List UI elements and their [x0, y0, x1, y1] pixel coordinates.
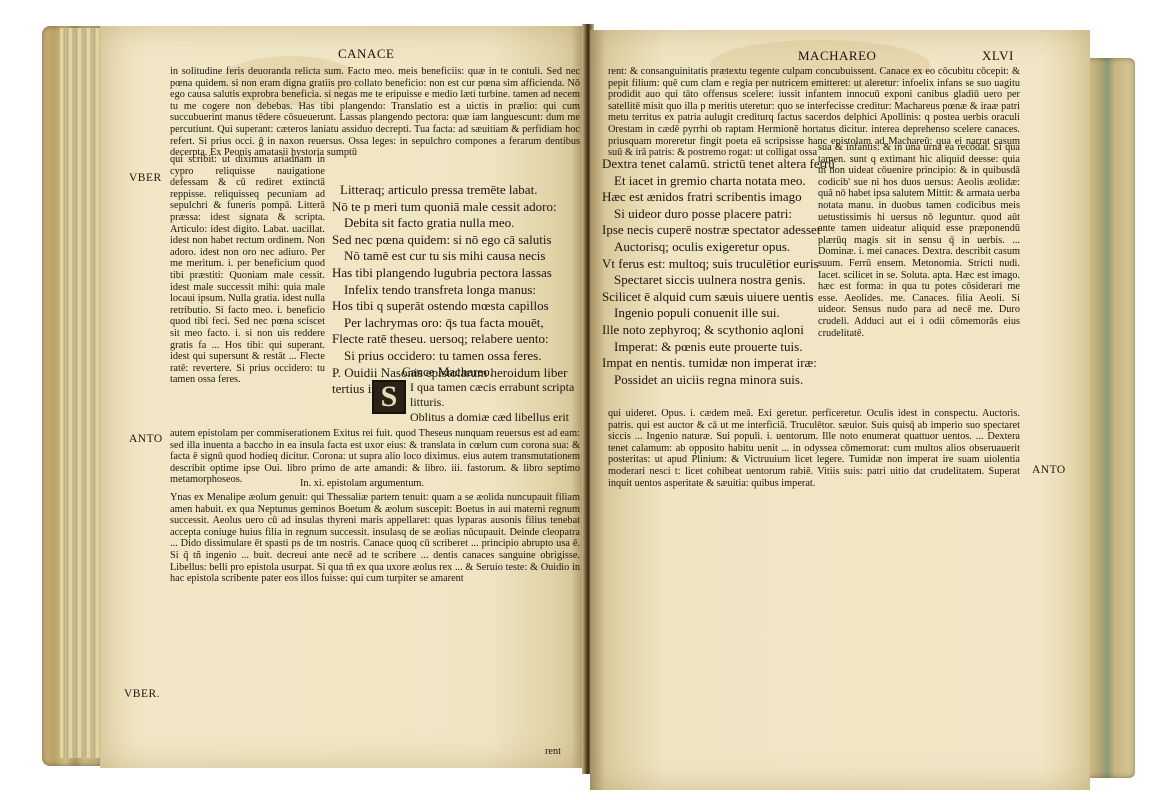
verse-line: Sed nec pœna quidem: si nō ego cā saluti…: [332, 232, 582, 249]
running-head-left: CANACE: [338, 46, 394, 62]
verse-line: I qua tamen cæcis errabunt scripta littu…: [410, 380, 585, 410]
verse-line: Spectaret siccis uulnera nostra genis.: [602, 272, 812, 289]
catchword: rent: [545, 746, 561, 758]
running-head-right: MACHAREO: [798, 48, 876, 64]
commentary-top-left: in solitudine feris deuoranda relicta su…: [170, 66, 580, 159]
margin-note: ANTO: [129, 433, 163, 445]
verse-line: Scilicet ē alquid cum sæuis uiuere uenti…: [602, 289, 812, 306]
verse-line: Has tibi plangendo lugubria pectora lass…: [332, 265, 582, 282]
margin-note: VBER.: [124, 688, 160, 700]
verse-line: Hæc est ænidos fratri scribentis imago: [602, 189, 812, 206]
margin-note: ANTO: [1032, 464, 1066, 476]
decorated-initial: S: [372, 380, 406, 414]
verse-line: Nō te p meri tum quoniā male cessit ador…: [332, 199, 582, 216]
verse-line: Per lachrymas oro: q̄s tua facta mouēt,: [332, 315, 582, 332]
commentary-column-left: qui scribit: ut diximus ariadnam in cypr…: [170, 154, 325, 422]
argument-title: In. xi. epistolam argumentum.: [300, 478, 424, 490]
verse-line: Auctorisq; oculis exigeretur opus.: [602, 239, 812, 256]
verse-line: Si prius occidero: tu tamen ossa feres.: [332, 348, 582, 365]
margin-note: VBER: [129, 172, 162, 184]
verse-line: Oblitus a domiæ cæd libellus erit: [410, 410, 585, 425]
opening-lines: I qua tamen cæcis errabunt scripta littu…: [410, 380, 585, 425]
verse-line: Flecte ratē theseu. uersoq; relabere uen…: [332, 331, 582, 348]
verse-line: Vt ferus est: multoq; suis truculētior e…: [602, 256, 812, 273]
verse-line: Si uideor duro posse placere patri:: [602, 206, 812, 223]
left-page: CANACE in solitudine feris deuoranda rel…: [100, 26, 586, 768]
verse-line: Nō tamē est cur tu sis mihi causa necis: [332, 248, 582, 265]
right-page: MACHAREO XLVI rent: & consanguinitatis p…: [590, 30, 1090, 790]
verse-line: Litteraq; articulo pressa tremēte labat.: [332, 182, 582, 199]
commentary-bottom-right: qui uideret. Opus. i. cædem meā. Exi ger…: [608, 408, 1020, 718]
commentary-column-right: sua & infantis: & in una urna ea recōdat…: [818, 142, 1020, 400]
verse-line: Debita sit facto gratia nulla meo.: [332, 215, 582, 232]
verse-line: Et iacet in gremio charta notata meo.: [602, 173, 812, 190]
verse-line: Ingenio populi conuenit ille sui.: [602, 305, 812, 322]
open-book: CANACE in solitudine feris deuoranda rel…: [0, 0, 1162, 800]
verse-line: Possidet an uiciis regna minora suis.: [602, 372, 812, 389]
commentary-bottom-left: Ynas ex Menalipe æolum genuit: qui Thess…: [170, 492, 580, 742]
verse-line: Impat en nentis. tumidæ non imperat iræ:: [602, 355, 812, 372]
verse-line: Dextra tenet calamū. strictū tenet alter…: [602, 156, 812, 173]
right-cover-vellum: [1085, 58, 1135, 778]
verse-block-right: Dextra tenet calamū. strictū tenet alter…: [602, 156, 812, 388]
verse-line: Hos tibi q superāt ostendo mœsta capillo…: [332, 298, 582, 315]
verse-line: Ille noto zephyroq; & scythonio aqloni: [602, 322, 812, 339]
folio-number: XLVI: [982, 48, 1014, 64]
verse-line: Imperat: & pœnis eute prouerte tuis.: [602, 339, 812, 356]
verse-line: Ipse necis cuperē nostræ spectator adess…: [602, 222, 812, 239]
verse-line: Infelix tendo transfreta longa manus:: [332, 282, 582, 299]
epistle-title: Cance Machareo.: [402, 364, 493, 381]
